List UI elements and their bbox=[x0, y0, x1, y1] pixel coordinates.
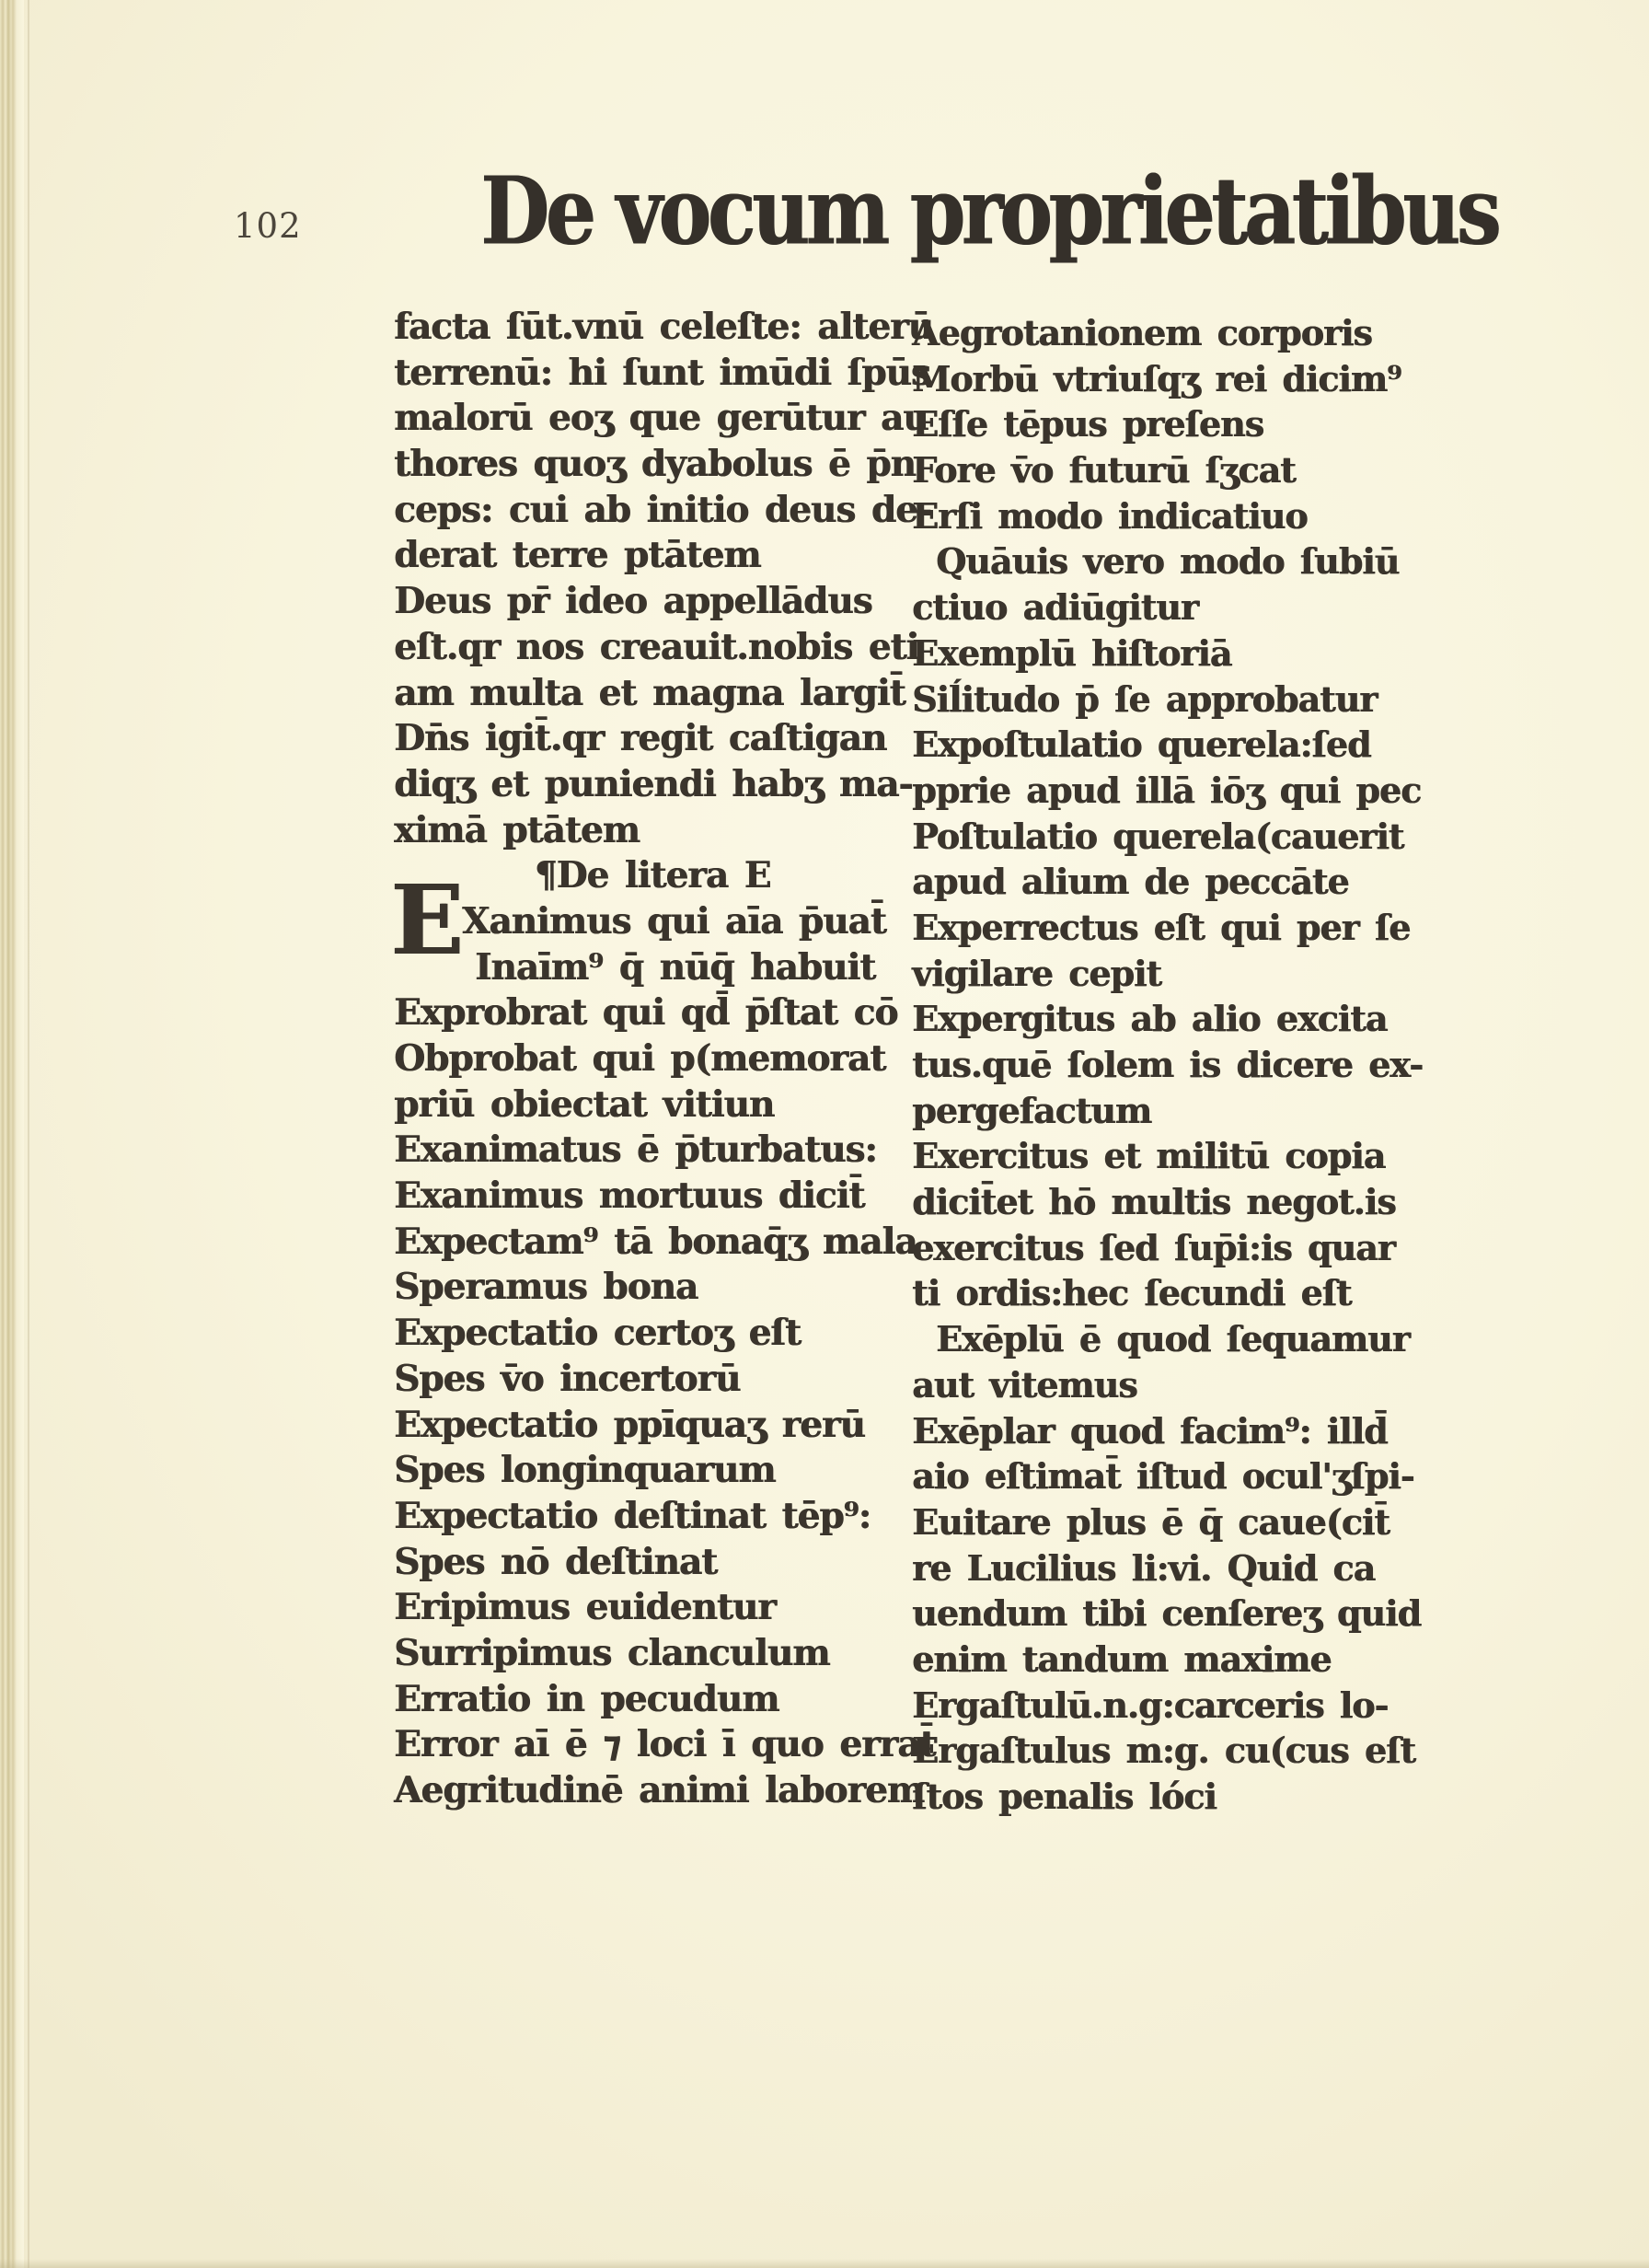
text-line: tus.quē ſolem is dicere ex- bbox=[912, 1042, 1433, 1088]
text-line: exercitus ſed ſup̄i:is quar bbox=[912, 1225, 1433, 1271]
text-line: uendum tibi cenſereʒ quid bbox=[912, 1591, 1433, 1637]
bottom-edge-shadow bbox=[0, 2259, 1649, 2268]
text-line: malorū eoʒ que gerūtur au bbox=[394, 396, 911, 442]
text-line: Dn̄s igit̄.qr regit caſtigan bbox=[394, 716, 911, 762]
text-line: Surripimus clanculum bbox=[394, 1631, 911, 1677]
left-column: facta ſūt.vnū celeſte: alterūterrenū: hi… bbox=[394, 305, 911, 1814]
text-line: aut vitemus bbox=[912, 1362, 1433, 1408]
text-line: aio eſtimat̄ iſtud ocul'ʒſpi- bbox=[912, 1453, 1433, 1499]
text-line: Erſi modo indicatiuo bbox=[912, 493, 1433, 539]
text-line: Euitare plus ē q̄ caue(cit̄ bbox=[912, 1499, 1433, 1545]
text-line: Experrectus eſt qui per ſe bbox=[912, 905, 1433, 951]
text-line: Deus pr̄ ideo appellādus bbox=[394, 579, 911, 625]
text-line: Exēplar quod facim⁹: illd̄ bbox=[912, 1408, 1433, 1454]
drop-cap-letter: E bbox=[390, 873, 463, 968]
text-line: Exēplū ē quod ſequamur bbox=[912, 1316, 1433, 1362]
text-line: Expectam⁹ tā bonaq̄ʒ mala bbox=[394, 1220, 911, 1266]
page-fold-line bbox=[28, 0, 29, 2268]
text-line: thores quoʒ dyabolus ē p̄n bbox=[394, 442, 911, 488]
text-line: Exercitus et militū copia bbox=[912, 1133, 1433, 1179]
text-line: ctiuo adiūgitur bbox=[912, 584, 1433, 631]
book-page-scan: 102 De vocum proprietatibus facta ſūt.vn… bbox=[0, 0, 1649, 2268]
text-line: Eripimus euidentur bbox=[394, 1585, 911, 1631]
text-line: Error aī ē ⁊ loci ī quo errat̄ bbox=[394, 1722, 911, 1768]
text-line: Expectatio deſtinat tēp⁹: bbox=[394, 1494, 911, 1540]
text-line: pprie apud illā iōʒ qui pec bbox=[912, 768, 1433, 814]
text-line: Fore v̄o futurū ſʒcat bbox=[912, 447, 1433, 493]
text-line: re Lucilius li:vi. Quid ca bbox=[912, 1545, 1433, 1591]
text-line: dicit̄et hō multis negot.is bbox=[912, 1179, 1433, 1225]
text-line: Inaīm⁹ q̄ nūq̄ habuit bbox=[394, 945, 911, 991]
text-line: Morbū vtriuſqʒ rei dicim⁹ bbox=[912, 356, 1433, 402]
text-line: eſt.qr nos creauit.nobis eti bbox=[394, 625, 911, 671]
text-line: priū obiectat vitiun bbox=[394, 1082, 911, 1128]
text-line: apud alium de peccāte bbox=[912, 859, 1433, 905]
text-line: Exprobrat qui qd̄ p̄ſtat cō bbox=[394, 990, 911, 1036]
text-line: Speramus bona bbox=[394, 1265, 911, 1311]
text-line: am multa et magna largit̄ bbox=[394, 671, 911, 717]
text-line: Eſſe tēpus preſens bbox=[912, 401, 1433, 447]
text-line: Siĺitudo p̄ ſe approbatur bbox=[912, 677, 1433, 723]
page-number: 102 bbox=[234, 206, 302, 246]
text-line: Expergitus ab alio excita bbox=[912, 996, 1433, 1042]
text-line: Ergaſtulū.n.g:carceris lo- bbox=[912, 1683, 1433, 1729]
text-line: ti ordis:hec ſecundi eſt bbox=[912, 1270, 1433, 1316]
text-line: derat terre ptātem bbox=[394, 533, 911, 579]
text-line: Erratio in pecudum bbox=[394, 1677, 911, 1723]
text-line: Aegrotanionem corporis bbox=[912, 310, 1433, 356]
text-line: pergefactum bbox=[912, 1088, 1433, 1134]
text-line: Expectatio ppīquaʒ rerū bbox=[394, 1403, 911, 1449]
text-line: Exanimus mortuus dicit̄ bbox=[394, 1174, 911, 1220]
text-line: ſtos penalis lóci bbox=[912, 1774, 1433, 1820]
section-heading: ¶De litera E bbox=[394, 853, 911, 899]
text-line: Xanimus qui aīa p̄uat̄ bbox=[394, 899, 911, 945]
text-line: Spes nō deſtinat bbox=[394, 1540, 911, 1586]
text-line: Exemplū hiſtoriā bbox=[912, 631, 1433, 677]
text-line: Exanimatus ē p̄turbatus: bbox=[394, 1128, 911, 1174]
right-column: Aegrotanionem corporisMorbū vtriuſqʒ rei… bbox=[912, 310, 1433, 1820]
text-line: Obprobat qui p(memorat bbox=[394, 1036, 911, 1082]
text-line: Quāuis vero modo ſubiū bbox=[912, 538, 1433, 584]
text-line: ximā ptātem bbox=[394, 808, 911, 854]
text-line: diqʒ et puniendi habʒ ma- bbox=[394, 762, 911, 808]
text-line: Spes longinquarum bbox=[394, 1448, 911, 1494]
text-line: Expoſtulatio querela:ſed bbox=[912, 722, 1433, 768]
text-line: Expectatio certoʒ eſt bbox=[394, 1311, 911, 1357]
page-title: De vocum proprietatibus bbox=[480, 156, 1497, 266]
text-line: enim tandum maxime bbox=[912, 1637, 1433, 1683]
text-line: ceps: cui ab initio deus de- bbox=[394, 488, 911, 534]
text-line: Ergaſtulus m:g. cu(cus eſt bbox=[912, 1728, 1433, 1774]
text-line: Poſtulatio querela(cauerit bbox=[912, 814, 1433, 860]
text-line: terrenū: hi ſunt imūdi ſpūs bbox=[394, 351, 911, 397]
book-fore-edge bbox=[0, 0, 24, 2268]
text-line: facta ſūt.vnū celeſte: alterū bbox=[394, 305, 911, 351]
text-line: Spes v̄o incertorū bbox=[394, 1357, 911, 1403]
text-line: Aegritudinē animi laborem bbox=[394, 1768, 911, 1814]
text-line: vigilare cepit bbox=[912, 951, 1433, 997]
